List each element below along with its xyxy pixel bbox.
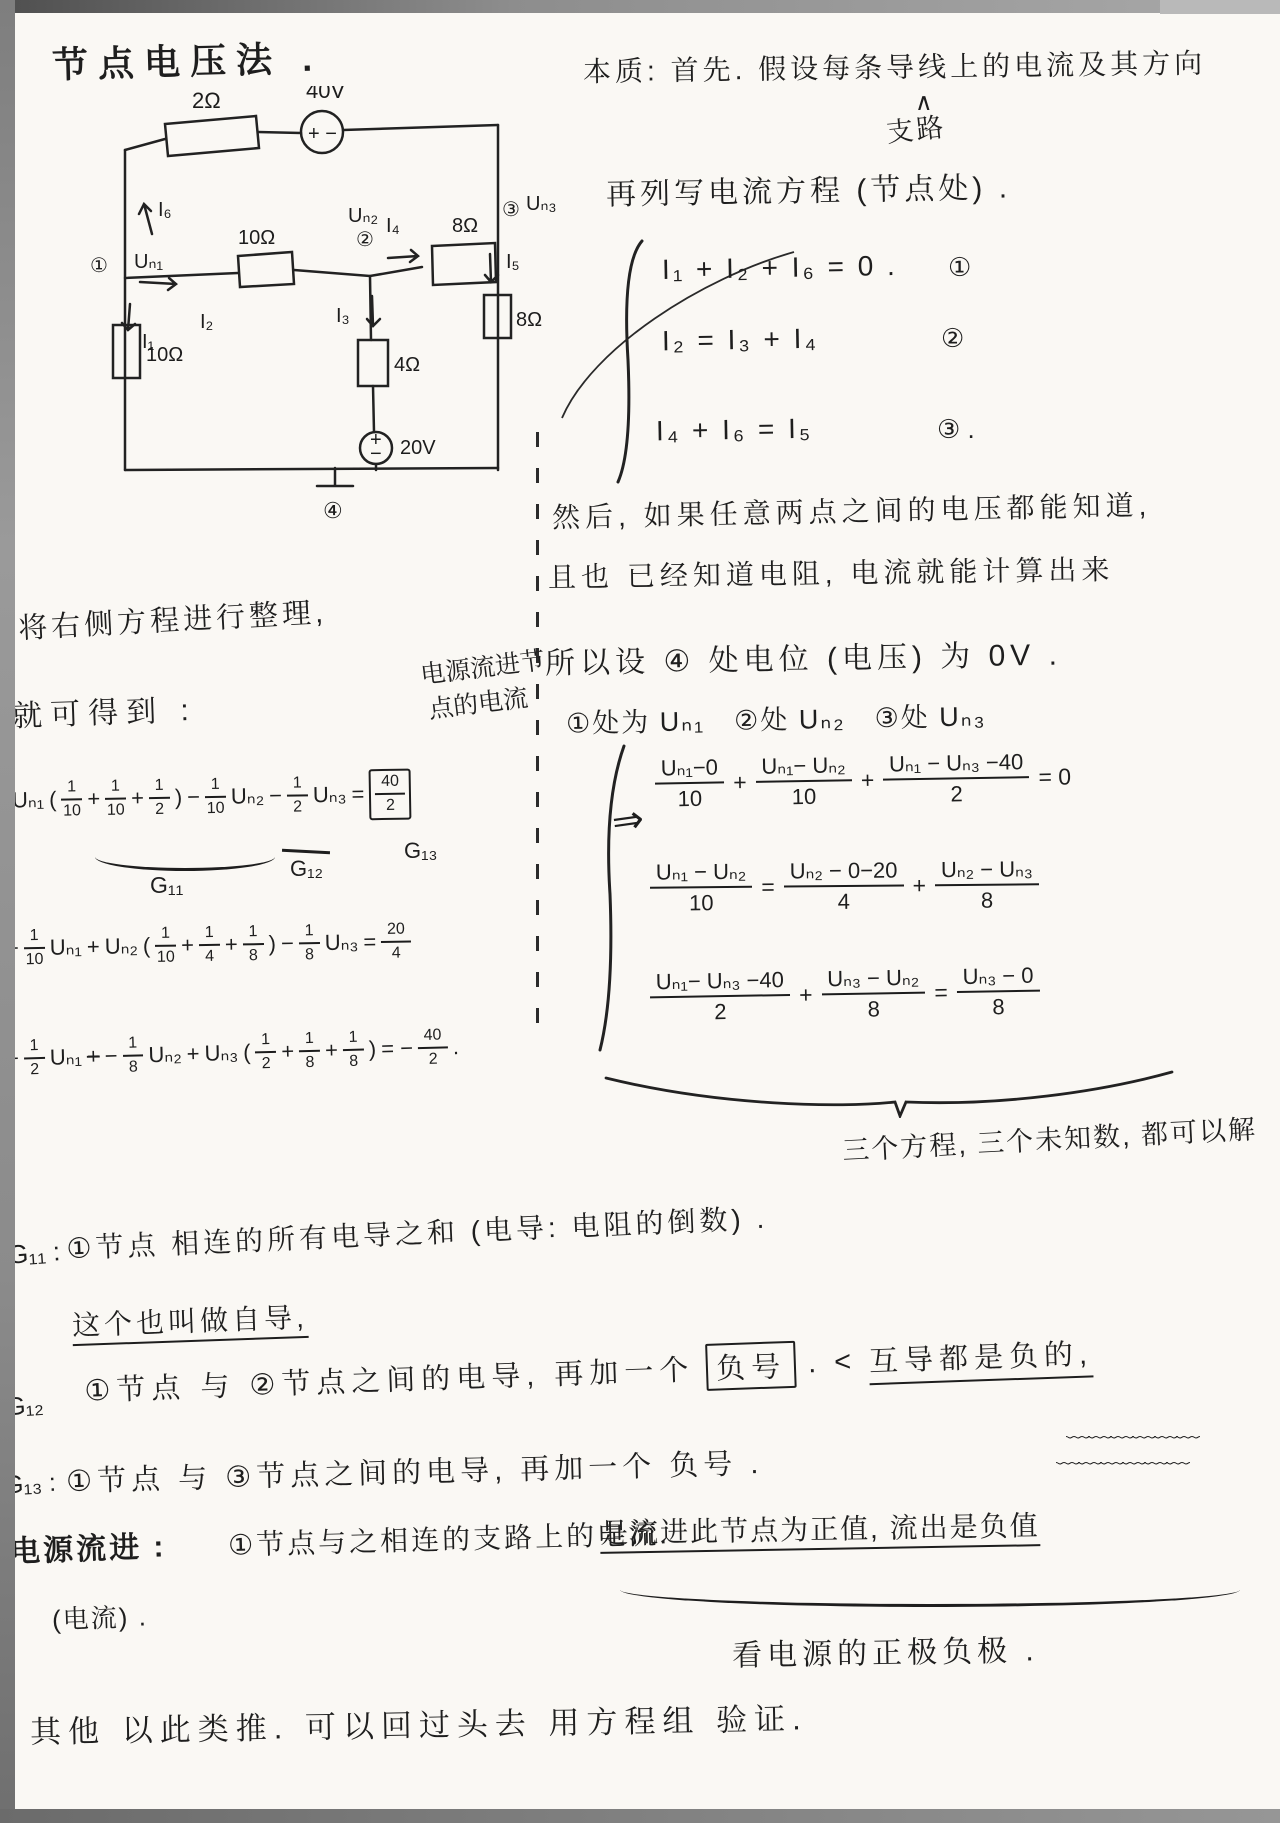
bottom-g11-text: ①节点 相连的所有电导之和 (电导: 电阻的倒数) . bbox=[65, 1197, 769, 1268]
label-i4: I₄ bbox=[386, 215, 400, 237]
math-fraction: 12 bbox=[255, 1031, 277, 1074]
math-token: + bbox=[733, 769, 747, 796]
math-fraction: Uₙ₃ − Uₙ₂8 bbox=[821, 965, 926, 1023]
math-token: ( bbox=[143, 933, 151, 959]
math-token: + bbox=[799, 981, 813, 1008]
wavy-underline-2: ﹏﹏﹏﹏﹏﹏ bbox=[1056, 1434, 1188, 1469]
math-token: ) bbox=[369, 1037, 377, 1063]
math-fraction: Uₙ₂ − 0−204 bbox=[784, 857, 904, 915]
circuit-wires bbox=[113, 111, 511, 486]
underbrace bbox=[600, 1066, 1180, 1118]
wire-topleft bbox=[125, 139, 165, 150]
insertion-word: 支路 bbox=[884, 105, 948, 150]
math-fraction: 110 bbox=[105, 777, 127, 820]
math-fraction: Uₙ₁−010 bbox=[655, 754, 725, 812]
math-token: + bbox=[912, 872, 926, 899]
label-un3: Uₙ₃ bbox=[526, 193, 557, 215]
math-fraction: 204 bbox=[381, 920, 412, 963]
wire-top-a bbox=[258, 132, 301, 133]
math-token: + bbox=[861, 767, 875, 794]
label-2ohm: 2Ω bbox=[192, 88, 221, 113]
closing-line: 其他 以此类推. 可以回过头去 用方程组 验证. bbox=[30, 1693, 808, 1752]
math-token: = bbox=[351, 782, 364, 808]
g-equation-1: Uₙ₁(110+110+12)−110Uₙ₂−12Uₙ₃=402 bbox=[12, 769, 412, 827]
label-20v-minus: − bbox=[370, 443, 382, 465]
math-fraction: Uₙ₁− Uₙ₂10 bbox=[755, 752, 852, 810]
circuit-diagram: 2Ω 40V + − I₆ ① Uₙ₁ I₁ I₂ 10Ω 10Ω Uₙ₂ ② … bbox=[70, 86, 565, 531]
kcl-eq-3-number: ③ . bbox=[937, 414, 975, 445]
ground-symbol bbox=[317, 468, 353, 486]
negative-sign-box: 负号 bbox=[705, 1341, 797, 1391]
math-token: Uₙ₃ bbox=[325, 930, 359, 957]
math-token: + bbox=[87, 934, 100, 960]
math-fraction: 110 bbox=[205, 776, 227, 819]
source-inflow-rule: 是流进此节点为正值, 流出是负值 bbox=[600, 1510, 1040, 1554]
label-10ohm-left: 10Ω bbox=[146, 344, 183, 366]
column-divider bbox=[536, 432, 539, 1040]
label-node2: ② bbox=[356, 229, 374, 251]
label-4ohm: 4Ω bbox=[394, 354, 420, 376]
math-fraction: Uₙ₂ − Uₙ₃8 bbox=[935, 856, 1039, 913]
label-i6: I₆ bbox=[158, 199, 172, 221]
math-token: ) bbox=[268, 931, 276, 957]
math-fraction: 18 bbox=[242, 923, 264, 966]
arrow-i3 bbox=[367, 296, 380, 326]
math-token: = bbox=[934, 979, 948, 1006]
source-polarity-note: 看电源的正极负极 . bbox=[732, 1625, 1039, 1674]
g11-label: G₁₁ bbox=[150, 872, 183, 899]
source-inflow-label-2: (电流) . bbox=[51, 1596, 148, 1636]
math-token: + bbox=[325, 1038, 339, 1064]
kcl-brace bbox=[612, 238, 652, 486]
math-token: − bbox=[187, 785, 200, 811]
math-token: − bbox=[281, 931, 294, 957]
math-token: . bbox=[452, 1034, 459, 1060]
label-10ohm-series: 10Ω bbox=[238, 227, 275, 249]
kcl-eq-2-number: ② bbox=[941, 323, 964, 354]
bottom-g13-text: ①节点 与 ③节点之间的电导, 再加一个 负号 . bbox=[66, 1441, 764, 1500]
kcl-eq-3: I₄ + I₆ = I₅ bbox=[656, 413, 814, 448]
g-equation-3: −12Uₙ₁+−18Uₙ₂+Uₙ₃(12+18+18)= −402. bbox=[6, 1026, 460, 1081]
kcl-eq-1: I₁ + I₂ + I₆ = 0 . bbox=[662, 250, 898, 286]
notes-paper: 节点电压法 . bbox=[0, 0, 1280, 1823]
label-node3: ③ bbox=[502, 199, 520, 221]
label-i2: I₂ bbox=[200, 311, 213, 333]
math-token: + bbox=[131, 786, 144, 812]
bottom-g12-mark: < bbox=[834, 1346, 858, 1380]
wire-mid-a bbox=[125, 273, 238, 278]
math-fraction: 18 bbox=[299, 1030, 321, 1073]
intro-line-1: 本质: 首先. 假设每条导线上的电流及其方向 bbox=[583, 42, 1207, 91]
math-fraction: 18 bbox=[342, 1029, 364, 1072]
arrow-i4 bbox=[388, 250, 418, 262]
math-token: ( bbox=[49, 787, 57, 813]
wire-center-b bbox=[373, 386, 374, 432]
photo-edge-left bbox=[0, 0, 15, 1823]
underbrace-path bbox=[606, 1072, 1172, 1116]
math-token: Uₙ₁ bbox=[50, 935, 83, 962]
label-40v-sign: + − bbox=[308, 123, 337, 145]
photo-edge-corner bbox=[1160, 0, 1280, 14]
math-fraction: 18 bbox=[298, 922, 320, 965]
bottom-g12-line: ①节点 与 ②节点之间的电导, 再加一个 负号 . < 互导都是负的, bbox=[83, 1330, 1093, 1412]
source-inflow-label: 电源流进 : bbox=[9, 1521, 167, 1570]
label-i5: I₅ bbox=[506, 251, 520, 273]
kcl-eq-2: I₂ = I₃ + I₄ bbox=[662, 323, 819, 358]
math-token: = 0 bbox=[1038, 763, 1071, 791]
resistor-10ohm-series bbox=[238, 252, 294, 287]
system-brace-path bbox=[600, 746, 624, 1050]
bottom-g12-text: ①节点 与 ②节点之间的电导, 再加一个 bbox=[84, 1347, 695, 1409]
page-title: 节点电压法 . bbox=[51, 30, 322, 88]
self-conductance-note: 这个也叫做自导, bbox=[72, 1302, 309, 1346]
math-token: + bbox=[281, 1039, 295, 1065]
bottom-g12-dot: . bbox=[808, 1347, 823, 1380]
node-equation-1: Uₙ₁−010+Uₙ₁− Uₙ₂10+Uₙ₁ − Uₙ₃ −402= 0 bbox=[655, 748, 1072, 812]
label-8ohm-top: 8Ω bbox=[452, 215, 478, 237]
label-i3: I₃ bbox=[336, 305, 350, 327]
math-fraction: Uₙ₃ − 08 bbox=[956, 963, 1040, 1021]
math-token: + bbox=[181, 933, 194, 959]
g-equation-2: −110Uₙ₁+Uₙ₂(110+14+18)−18Uₙ₃=204 bbox=[6, 920, 412, 970]
system-brace bbox=[596, 742, 636, 1054]
g12-label: G₁₂ bbox=[290, 856, 323, 882]
math-token: Uₙ₂ bbox=[148, 1042, 182, 1069]
math-fraction: 12 bbox=[149, 777, 171, 820]
math-token: = bbox=[363, 929, 376, 955]
g13-label: G₁₃ bbox=[404, 838, 438, 864]
g11-underbrace bbox=[95, 854, 275, 871]
label-node1: ① bbox=[90, 255, 108, 277]
math-token: − bbox=[104, 1043, 118, 1069]
math-token: Uₙ₃ bbox=[204, 1040, 238, 1067]
arrow-i6 bbox=[139, 204, 152, 234]
photo-edge-top bbox=[0, 0, 1280, 13]
math-token: ) bbox=[175, 785, 183, 811]
source-rule-underbrace bbox=[620, 1588, 1240, 1607]
math-token: ( bbox=[243, 1040, 251, 1066]
math-token: Uₙ₃ bbox=[313, 782, 347, 809]
wire-mid-b bbox=[294, 267, 422, 276]
node-equation-3: Uₙ₁− Uₙ₃ −402+Uₙ₃ − Uₙ₂8=Uₙ₃ − 08 bbox=[650, 963, 1041, 1026]
node-equation-2: Uₙ₁ − Uₙ₂10=Uₙ₂ − 0−204+Uₙ₂ − Uₙ₃8 bbox=[650, 856, 1039, 916]
math-token: Uₙ₁ bbox=[12, 787, 45, 814]
math-fraction: 402 bbox=[369, 769, 412, 821]
resistor-8ohm-top bbox=[432, 243, 496, 285]
math-token: + bbox=[87, 1044, 101, 1070]
label-un2: Uₙ₂ bbox=[348, 205, 378, 227]
math-fraction: 18 bbox=[122, 1034, 144, 1077]
math-token: + bbox=[225, 932, 238, 958]
photo-edge-bottom bbox=[0, 1809, 1280, 1823]
arrow-un1 bbox=[140, 278, 176, 290]
label-8ohm-right: 8Ω bbox=[516, 309, 542, 331]
math-token: Uₙ₁ bbox=[49, 1044, 82, 1071]
g12-underline bbox=[282, 849, 330, 855]
bottom-g11-label: G₁₁ : bbox=[7, 1236, 61, 1271]
mid-right-line-2: 且也 已经知道电阻, 电流就能计算出来 bbox=[548, 548, 1115, 596]
label-un1: Uₙ₁ bbox=[134, 251, 163, 273]
left-mid-line-1: 将右侧方程进行整理, bbox=[17, 590, 328, 647]
math-token: = bbox=[761, 873, 775, 900]
resistor-4ohm bbox=[358, 340, 388, 386]
wire-bottom-rail bbox=[125, 468, 498, 470]
mid-right-line-3: 所以设 ④ 处电位 (电压) 为 0V . bbox=[545, 629, 1063, 682]
label-20v: 20V bbox=[400, 437, 436, 459]
math-token: Uₙ₂ bbox=[231, 783, 265, 810]
math-token: = − bbox=[381, 1036, 413, 1063]
math-fraction: Uₙ₁− Uₙ₃ −402 bbox=[650, 967, 791, 1026]
resistor-2ohm bbox=[165, 116, 259, 156]
label-40v: 40V bbox=[306, 86, 345, 103]
mutual-conductance-note: 互导都是负的, bbox=[868, 1331, 1094, 1385]
math-fraction: 12 bbox=[287, 774, 309, 817]
wire-center-a bbox=[370, 276, 371, 340]
left-mid-line-2: 就可得到 : bbox=[11, 685, 197, 735]
math-fraction: Uₙ₁ − Uₙ₂10 bbox=[650, 859, 753, 916]
kcl-eq-1-number: ① bbox=[948, 252, 971, 283]
wire-top-b bbox=[343, 125, 498, 130]
mid-right-line-1: 然后, 如果任意两点之间的电压都能知道, bbox=[552, 484, 1152, 537]
math-fraction: 14 bbox=[199, 924, 221, 967]
resistor-10ohm-left bbox=[113, 325, 140, 378]
label-node4: ④ bbox=[323, 498, 343, 523]
math-token: + bbox=[186, 1041, 200, 1067]
math-fraction: 110 bbox=[61, 778, 83, 821]
mid-right-line-4: ①处为 Uₙ₁ ②处 Uₙ₂ ③处 Uₙ₃ bbox=[566, 694, 987, 740]
math-fraction: 110 bbox=[155, 925, 177, 968]
math-fraction: 110 bbox=[24, 927, 46, 970]
kcl-brace-path bbox=[618, 241, 642, 482]
math-token: − bbox=[269, 783, 282, 809]
math-token: Uₙ₂ bbox=[104, 934, 138, 961]
math-fraction: 402 bbox=[417, 1026, 448, 1070]
math-fraction: 12 bbox=[23, 1037, 45, 1080]
math-token: + bbox=[87, 786, 100, 812]
intro-line-2: 再列写电流方程 (节点处) . bbox=[606, 162, 1012, 213]
math-fraction: Uₙ₁ − Uₙ₃ −402 bbox=[883, 749, 1030, 808]
